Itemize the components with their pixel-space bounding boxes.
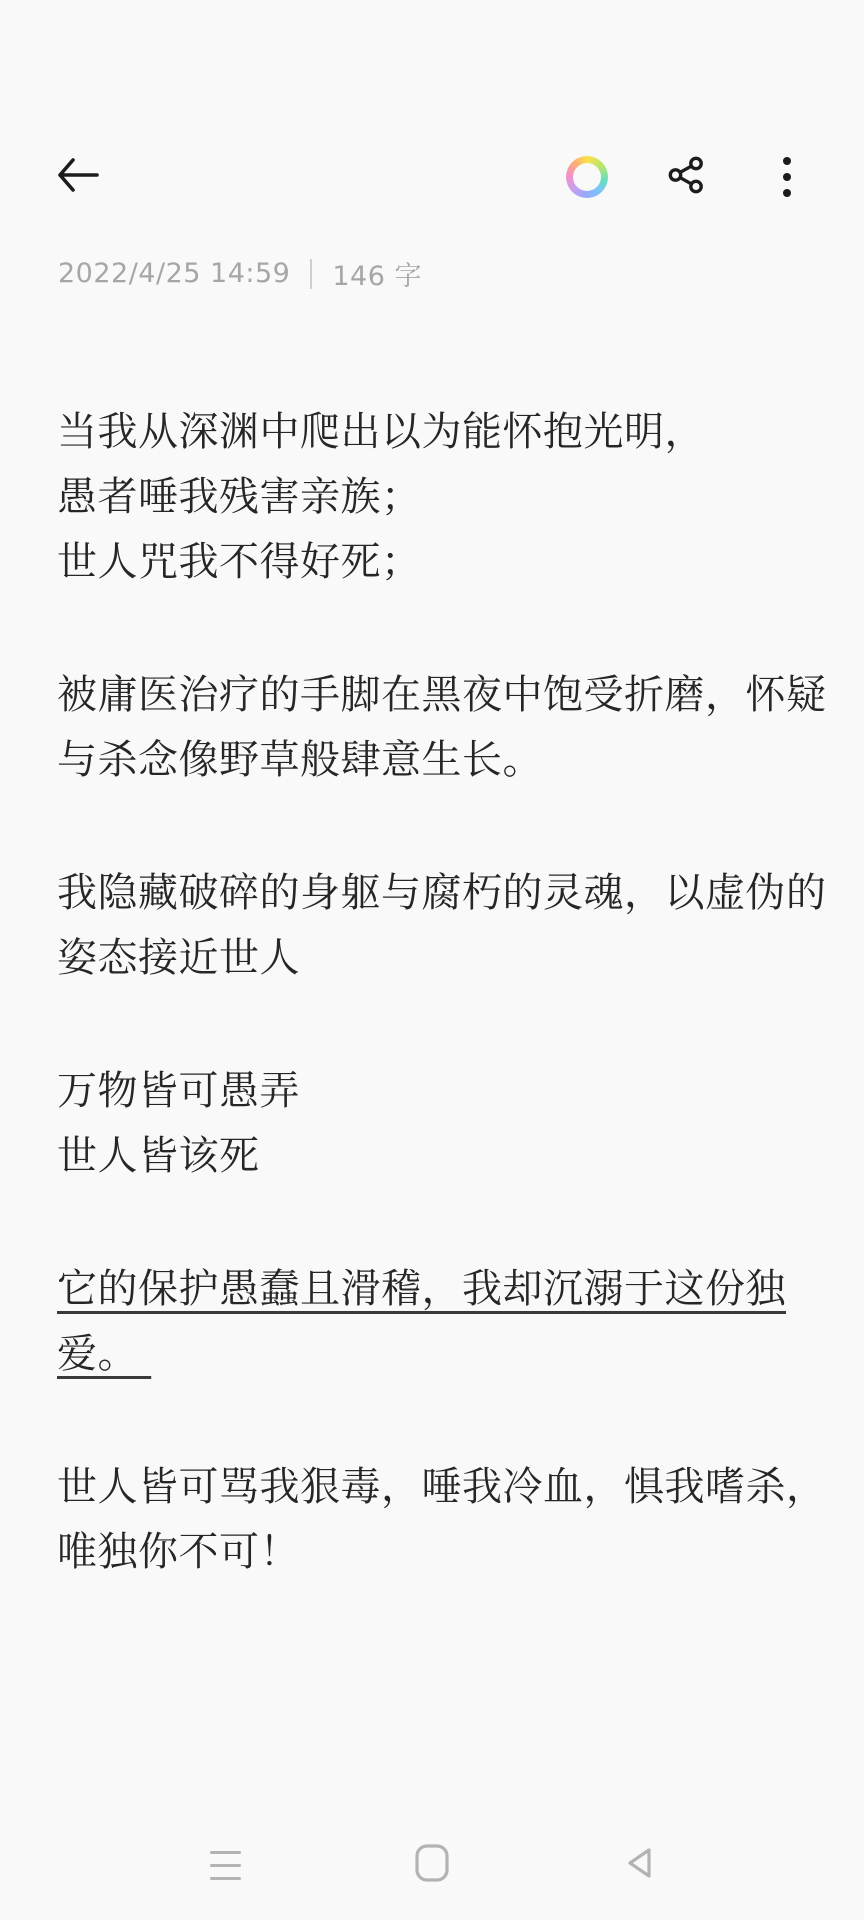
- note-meta: 2022/4/25 14:59 146 字: [58, 254, 422, 293]
- note-line: 愚者唾我残害亲族；: [57, 465, 824, 530]
- home-icon: [415, 1844, 449, 1886]
- theme-color-button[interactable]: [563, 145, 611, 209]
- note-line: 万物皆可愚弄: [57, 1059, 824, 1124]
- back-arrow-icon: [56, 155, 100, 199]
- more-options-button[interactable]: [767, 145, 807, 209]
- android-nav-bar: [0, 1835, 864, 1895]
- note-line: 世人咒我不得好死；: [57, 530, 824, 595]
- paragraph-underlined: 它的保护愚蠢且滑稽，我却沉溺于这份独 爱。: [57, 1257, 824, 1387]
- share-button[interactable]: [664, 145, 708, 209]
- nav-home-button[interactable]: [392, 1835, 472, 1895]
- note-line: 我隐藏破碎的身躯与腐朽的灵魂，以虚伪的: [57, 861, 824, 926]
- note-line: 世人皆该死: [57, 1124, 824, 1189]
- share-icon: [666, 155, 706, 199]
- nav-back-button[interactable]: [599, 1835, 679, 1895]
- note-line: 与杀念像野草般肆意生长。: [57, 728, 824, 793]
- note-line: 当我从深渊中爬出以为能怀抱光明，: [57, 400, 824, 465]
- paragraph: 当我从深渊中爬出以为能怀抱光明， 愚者唾我残害亲族； 世人咒我不得好死；: [57, 400, 824, 595]
- app-bar: [0, 145, 864, 209]
- kebab-menu-icon: [783, 157, 791, 197]
- note-char-count: 146 字: [332, 254, 422, 293]
- note-line: 它的保护愚蠢且滑稽，我却沉溺于这份独: [57, 1257, 824, 1322]
- back-button[interactable]: [50, 145, 106, 209]
- recents-icon: [210, 1851, 241, 1880]
- note-datetime: 2022/4/25 14:59: [58, 258, 290, 289]
- nav-recents-button[interactable]: [185, 1835, 265, 1895]
- note-line: 爱。: [57, 1322, 824, 1387]
- note-line: 世人皆可骂我狠毒，唾我冷血，惧我嗜杀，: [57, 1455, 824, 1520]
- note-line: 唯独你不可！: [57, 1520, 824, 1585]
- rainbow-ring-icon: [566, 156, 608, 198]
- note-content[interactable]: 当我从深渊中爬出以为能怀抱光明， 愚者唾我残害亲族； 世人咒我不得好死； 被庸医…: [57, 400, 824, 1585]
- note-line: 姿态接近世人: [57, 926, 824, 991]
- note-viewer-screen: 2022/4/25 14:59 146 字 当我从深渊中爬出以为能怀抱光明， 愚…: [0, 0, 864, 1920]
- meta-divider: [310, 259, 312, 289]
- paragraph: 被庸医治疗的手脚在黑夜中饱受折磨，怀疑 与杀念像野草般肆意生长。: [57, 663, 824, 793]
- paragraph: 万物皆可愚弄 世人皆该死: [57, 1059, 824, 1189]
- note-line: 被庸医治疗的手脚在黑夜中饱受折磨，怀疑: [57, 663, 824, 728]
- back-triangle-icon: [624, 1846, 654, 1884]
- paragraph: 我隐藏破碎的身躯与腐朽的灵魂，以虚伪的 姿态接近世人: [57, 861, 824, 991]
- paragraph: 世人皆可骂我狠毒，唾我冷血，惧我嗜杀， 唯独你不可！: [57, 1455, 824, 1585]
